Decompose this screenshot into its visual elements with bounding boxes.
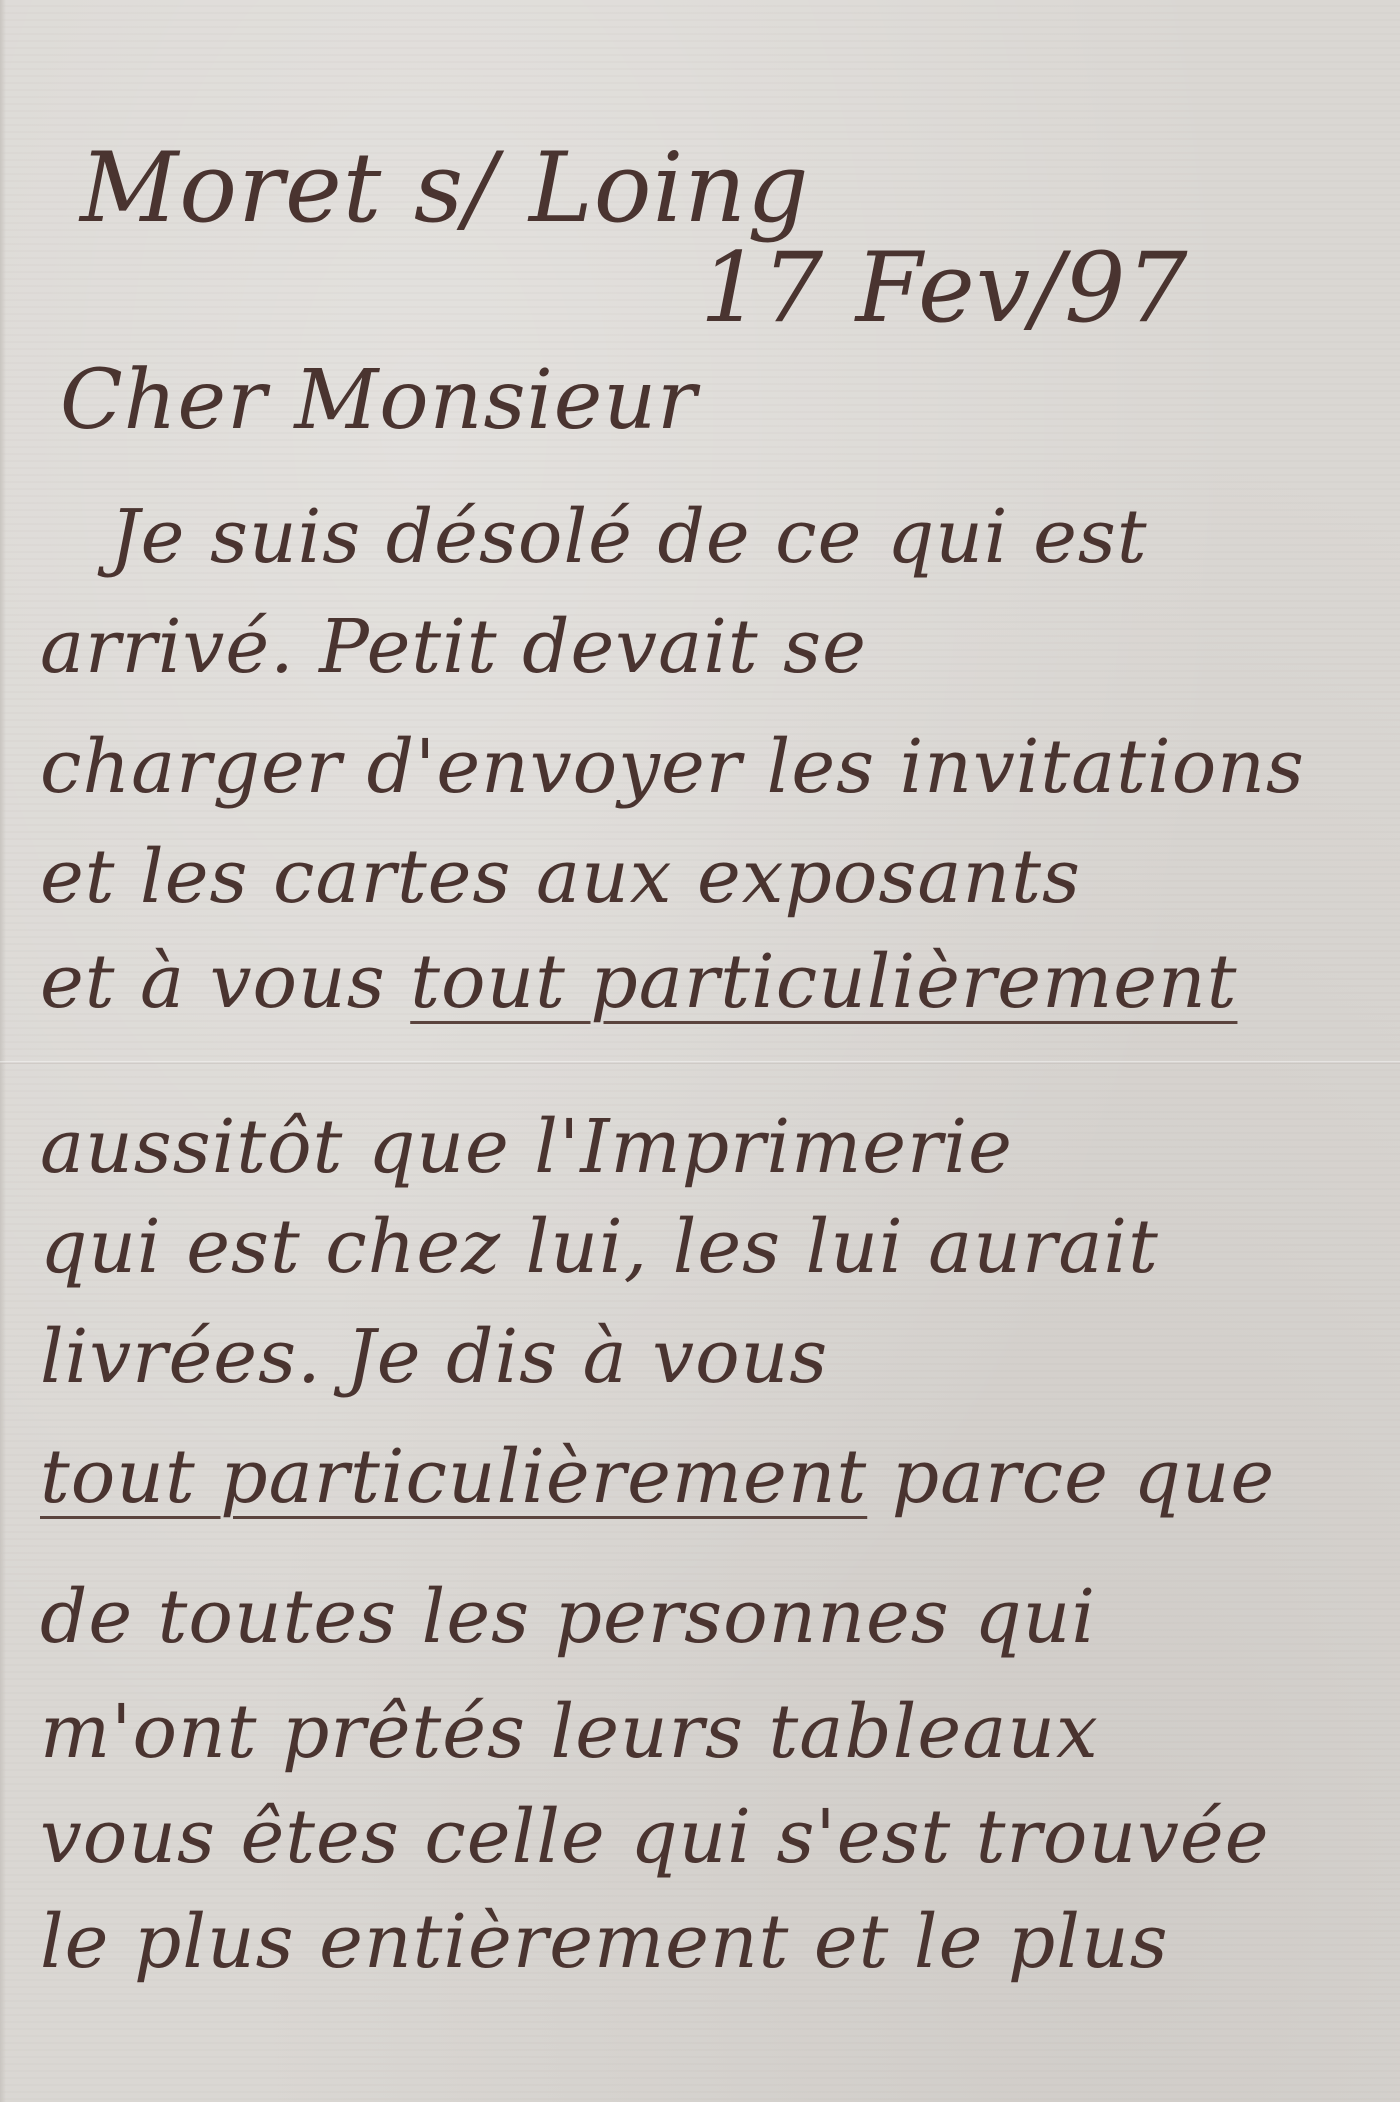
dateline-place: Moret s/ Loing <box>80 132 810 244</box>
line-text: arrivé. Petit devait se <box>40 604 867 690</box>
letter-line-3: charger d'envoyer les invitations <box>40 730 1305 804</box>
line-text: charger d'envoyer les invitations <box>40 724 1305 810</box>
letter-line-5: et à vous tout particulièrement <box>40 945 1237 1019</box>
letter-line-11: m'ont prêtés leurs tableaux <box>40 1695 1099 1769</box>
paper-fold-line <box>0 1061 1400 1064</box>
letter-line-13: le plus entièrement et le plus <box>40 1905 1169 1979</box>
letter-line-4: et les cartes aux exposants <box>40 840 1081 914</box>
line-text: qui est chez lui, les lui aurait <box>40 1204 1159 1290</box>
letter-line-6: aussitôt que l'Imprimerie <box>40 1110 1013 1184</box>
line-text: Je suis désolé de ce qui est <box>110 494 1148 580</box>
letter-line-1: Je suis désolé de ce qui est <box>110 500 1148 574</box>
line-text: le plus entièrement et le plus <box>40 1899 1169 1985</box>
letter-page: Moret s/ Loing 17 Fev/97 Cher Monsieur J… <box>0 0 1400 2102</box>
letter-line-12: vous êtes celle qui s'est trouvée <box>40 1800 1270 1874</box>
line-text: de toutes les personnes qui <box>40 1574 1096 1660</box>
underlined-emphasis: tout particulièrement <box>40 1434 867 1520</box>
page-edge <box>0 0 6 2102</box>
line-text: aussitôt que l'Imprimerie <box>40 1104 1013 1190</box>
line-text: livrées. Je dis à vous <box>40 1314 828 1400</box>
letter-line-9: tout particulièrement parce que <box>40 1440 1275 1514</box>
letter-line-10: de toutes les personnes qui <box>40 1580 1096 1654</box>
dateline-date: 17 Fev/97 <box>700 240 1189 336</box>
line-text: vous êtes celle qui s'est trouvée <box>40 1794 1270 1880</box>
line-text: m'ont prêtés leurs tableaux <box>40 1689 1099 1775</box>
letter-line-7: qui est chez lui, les lui aurait <box>40 1210 1159 1284</box>
letter-line-2: arrivé. Petit devait se <box>40 610 867 684</box>
dateline-year: 97 <box>1064 232 1188 344</box>
dateline-day: 17 <box>700 232 824 344</box>
line-text: et les cartes aux exposants <box>40 834 1081 920</box>
dateline-place-moret: Moret s/ Loing <box>80 140 810 236</box>
line-text: parce que <box>867 1434 1275 1520</box>
underlined-emphasis: tout particulièrement <box>410 939 1237 1025</box>
line-text: et à vous <box>40 939 410 1025</box>
date-separator: / <box>1031 232 1064 344</box>
letter-line-8: livrées. Je dis à vous <box>40 1320 828 1394</box>
salutation: Cher Monsieur <box>60 360 697 442</box>
dateline-month: Fev <box>856 232 1031 344</box>
